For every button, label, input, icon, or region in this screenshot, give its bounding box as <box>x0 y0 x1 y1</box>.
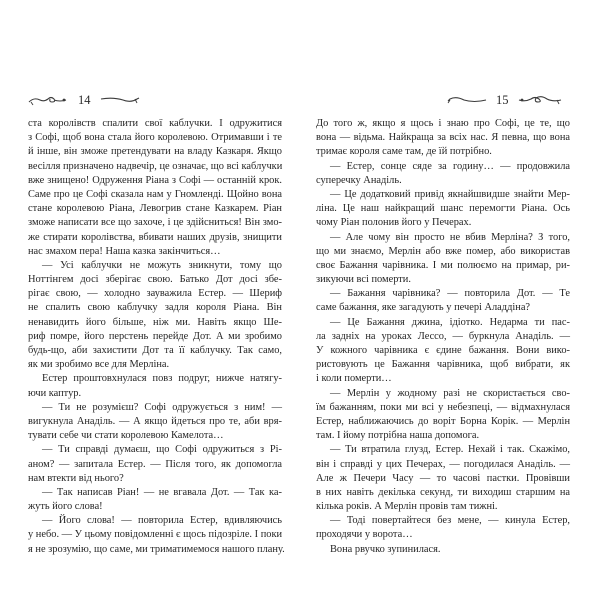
text-line: — Це додатковий привід якнайшвидше знайт… <box>316 188 570 202</box>
text-line: в них навіть декілька секунд, ти виходиш… <box>316 486 570 500</box>
text-line: їм бажанням, поки ми всі у небезпеці, — … <box>316 401 570 415</box>
text-line: — Мерлін у жодному разі не скористається… <box>316 387 570 401</box>
text-line: ла задніх на уроках Лессо, — буркнула Ан… <box>316 330 570 344</box>
text-line: же стирати королівства, вбивати наших др… <box>28 231 282 245</box>
text-line: чому Ріан полонив його у Печерах. <box>316 216 570 230</box>
text-line: тримає короля саме там, де їй потрібно. <box>316 145 570 159</box>
text-line: і коли померти… <box>316 372 570 386</box>
text-line: жуть його слова! <box>28 500 282 514</box>
text-line: — Усі каблучки не можуть зникнути, тому … <box>28 259 282 273</box>
flourish-ornament-icon <box>446 93 488 107</box>
text-line: — Так написав Ріан! — не вгавала Дот. — … <box>28 486 282 500</box>
text-line: весілля призначено надвечір, це означає,… <box>28 160 282 174</box>
text-line: проходячи у ворота… <box>316 528 570 542</box>
text-line: у небо. — У цьому повідомленні є щось пі… <box>28 528 282 542</box>
text-line: й інше, він зможе претендувати на владу … <box>28 145 282 159</box>
flourish-ornament-icon <box>517 93 563 107</box>
page-body-text: До того ж, якщо я щось і знаю про Софі, … <box>316 117 570 557</box>
page-header: 14 <box>28 90 141 110</box>
page-header: 15 <box>446 90 563 110</box>
text-line: ліна. Це наш найкращий шанс перемогти Рі… <box>316 202 570 216</box>
page-body-text: ста королівств спалити свої каблучки. І … <box>28 117 282 557</box>
text-line: суперечку Анаділь. <box>316 174 570 188</box>
text-line: ста королівств спалити свої каблучки. І … <box>28 117 282 131</box>
text-line: Але ж Печери Часу — то часові пастки. Пр… <box>316 472 570 486</box>
text-line: Ноттінгем досі зберігає свою. Батько Дот… <box>28 273 282 287</box>
flourish-ornament-icon <box>99 93 141 107</box>
text-line: я не зрозумію, що саме, ми триматимемося… <box>28 543 282 557</box>
text-line: Естер, наближаючись до воріт Борна Корік… <box>316 415 570 429</box>
text-line: У кожного чарівника є єдине бажання. Вон… <box>316 344 570 358</box>
text-line: — Тоді повертайтеся без мене, — кинула Е… <box>316 514 570 528</box>
text-line: своє Бажання чарівника. І ми полюємо на … <box>316 259 570 273</box>
text-line: — Але чому він просто не вбив Мерліна? З… <box>316 231 570 245</box>
text-line: ючи каптур. <box>28 387 282 401</box>
text-line: До того ж, якщо я щось і знаю про Софі, … <box>316 117 570 131</box>
text-line: ристовують це Бажання чарівника, щоб виб… <box>316 358 570 372</box>
text-line: будь-що, аби захистити Дот та її каблучк… <box>28 344 282 358</box>
text-line: зикуючи всі померти. <box>316 273 570 287</box>
text-line: аном? — запитала Естер. — Після того, як… <box>28 458 282 472</box>
text-line: нам втекти від нього? <box>28 472 282 486</box>
text-line: зможе написати все що захоче, і це здійс… <box>28 216 282 230</box>
book-spread: 14 ста королівств спалити свої каблучки.… <box>0 0 600 600</box>
page-number: 14 <box>78 93 91 108</box>
text-line: — Його слова! — повторила Естер, вдивляю… <box>28 514 282 528</box>
text-line: він і справді у цих Печерах, — погодилас… <box>316 458 570 472</box>
flourish-ornament-icon <box>28 93 70 107</box>
text-line: тувати себе чи стати королевою Камелота… <box>28 429 282 443</box>
page-number: 15 <box>496 93 509 108</box>
text-line: що ми знаємо, Мерлін або вже помер, або … <box>316 245 570 259</box>
text-line: — Бажання чарівника? — повторила Дот. — … <box>316 287 570 301</box>
text-line: стане королевою Ріана, Левогрив стане Ка… <box>28 202 282 216</box>
text-line: там. І йому потрібна наша допомога. <box>316 429 570 443</box>
left-page: 14 ста королівств спалити свої каблучки.… <box>0 0 300 600</box>
text-line: саме бажання, яке загадують у печері Ала… <box>316 301 570 315</box>
text-line: вона — відьма. Найкраща за всіх нас. Я п… <box>316 131 570 145</box>
text-line: вигукнула Анаділь. — А якщо йдеться про … <box>28 415 282 429</box>
text-line: нас змахом пера! Наша казка закінчиться… <box>28 245 282 259</box>
text-line: Естер проштовхнулася повз подруг, нижче … <box>28 372 282 386</box>
text-line: — Ти не розумієш? Софі одружується з ним… <box>28 401 282 415</box>
text-line: — Естер, сонце сяде за годину… — продовж… <box>316 160 570 174</box>
text-line: з Софі, щоб вона стала його королевою. О… <box>28 131 282 145</box>
text-line: — Ти справді думаєш, що Софі одружиться … <box>28 443 282 457</box>
right-page: 15 До того ж, якщо я щось і знаю про Соф… <box>300 0 600 600</box>
text-line: ненавидить його більше, ніж ми. Навіть я… <box>28 316 282 330</box>
text-line: Саме про це Софі сказала нам у Гномленді… <box>28 188 282 202</box>
text-line: Вона рвучко зупинилася. <box>316 543 570 557</box>
text-line: — Ти втратила глузд, Естер. Нехай і так.… <box>316 443 570 457</box>
text-line: рігає свою, — холодно зауважила Естер. —… <box>28 287 282 301</box>
text-line: як ми зробимо все для Мерліна. <box>28 358 282 372</box>
text-line: не спалить свою каблучку задля короля Рі… <box>28 301 282 315</box>
text-line: кілька років. А Мерлін провів там тижні. <box>316 500 570 514</box>
text-line: вже знищено! Одруження Ріана з Софі — ос… <box>28 174 282 188</box>
text-line: — Це Бажання джина, ідіотко. Недарма ти … <box>316 316 570 330</box>
text-line: риф помре, його перстень перейде Дот. А … <box>28 330 282 344</box>
